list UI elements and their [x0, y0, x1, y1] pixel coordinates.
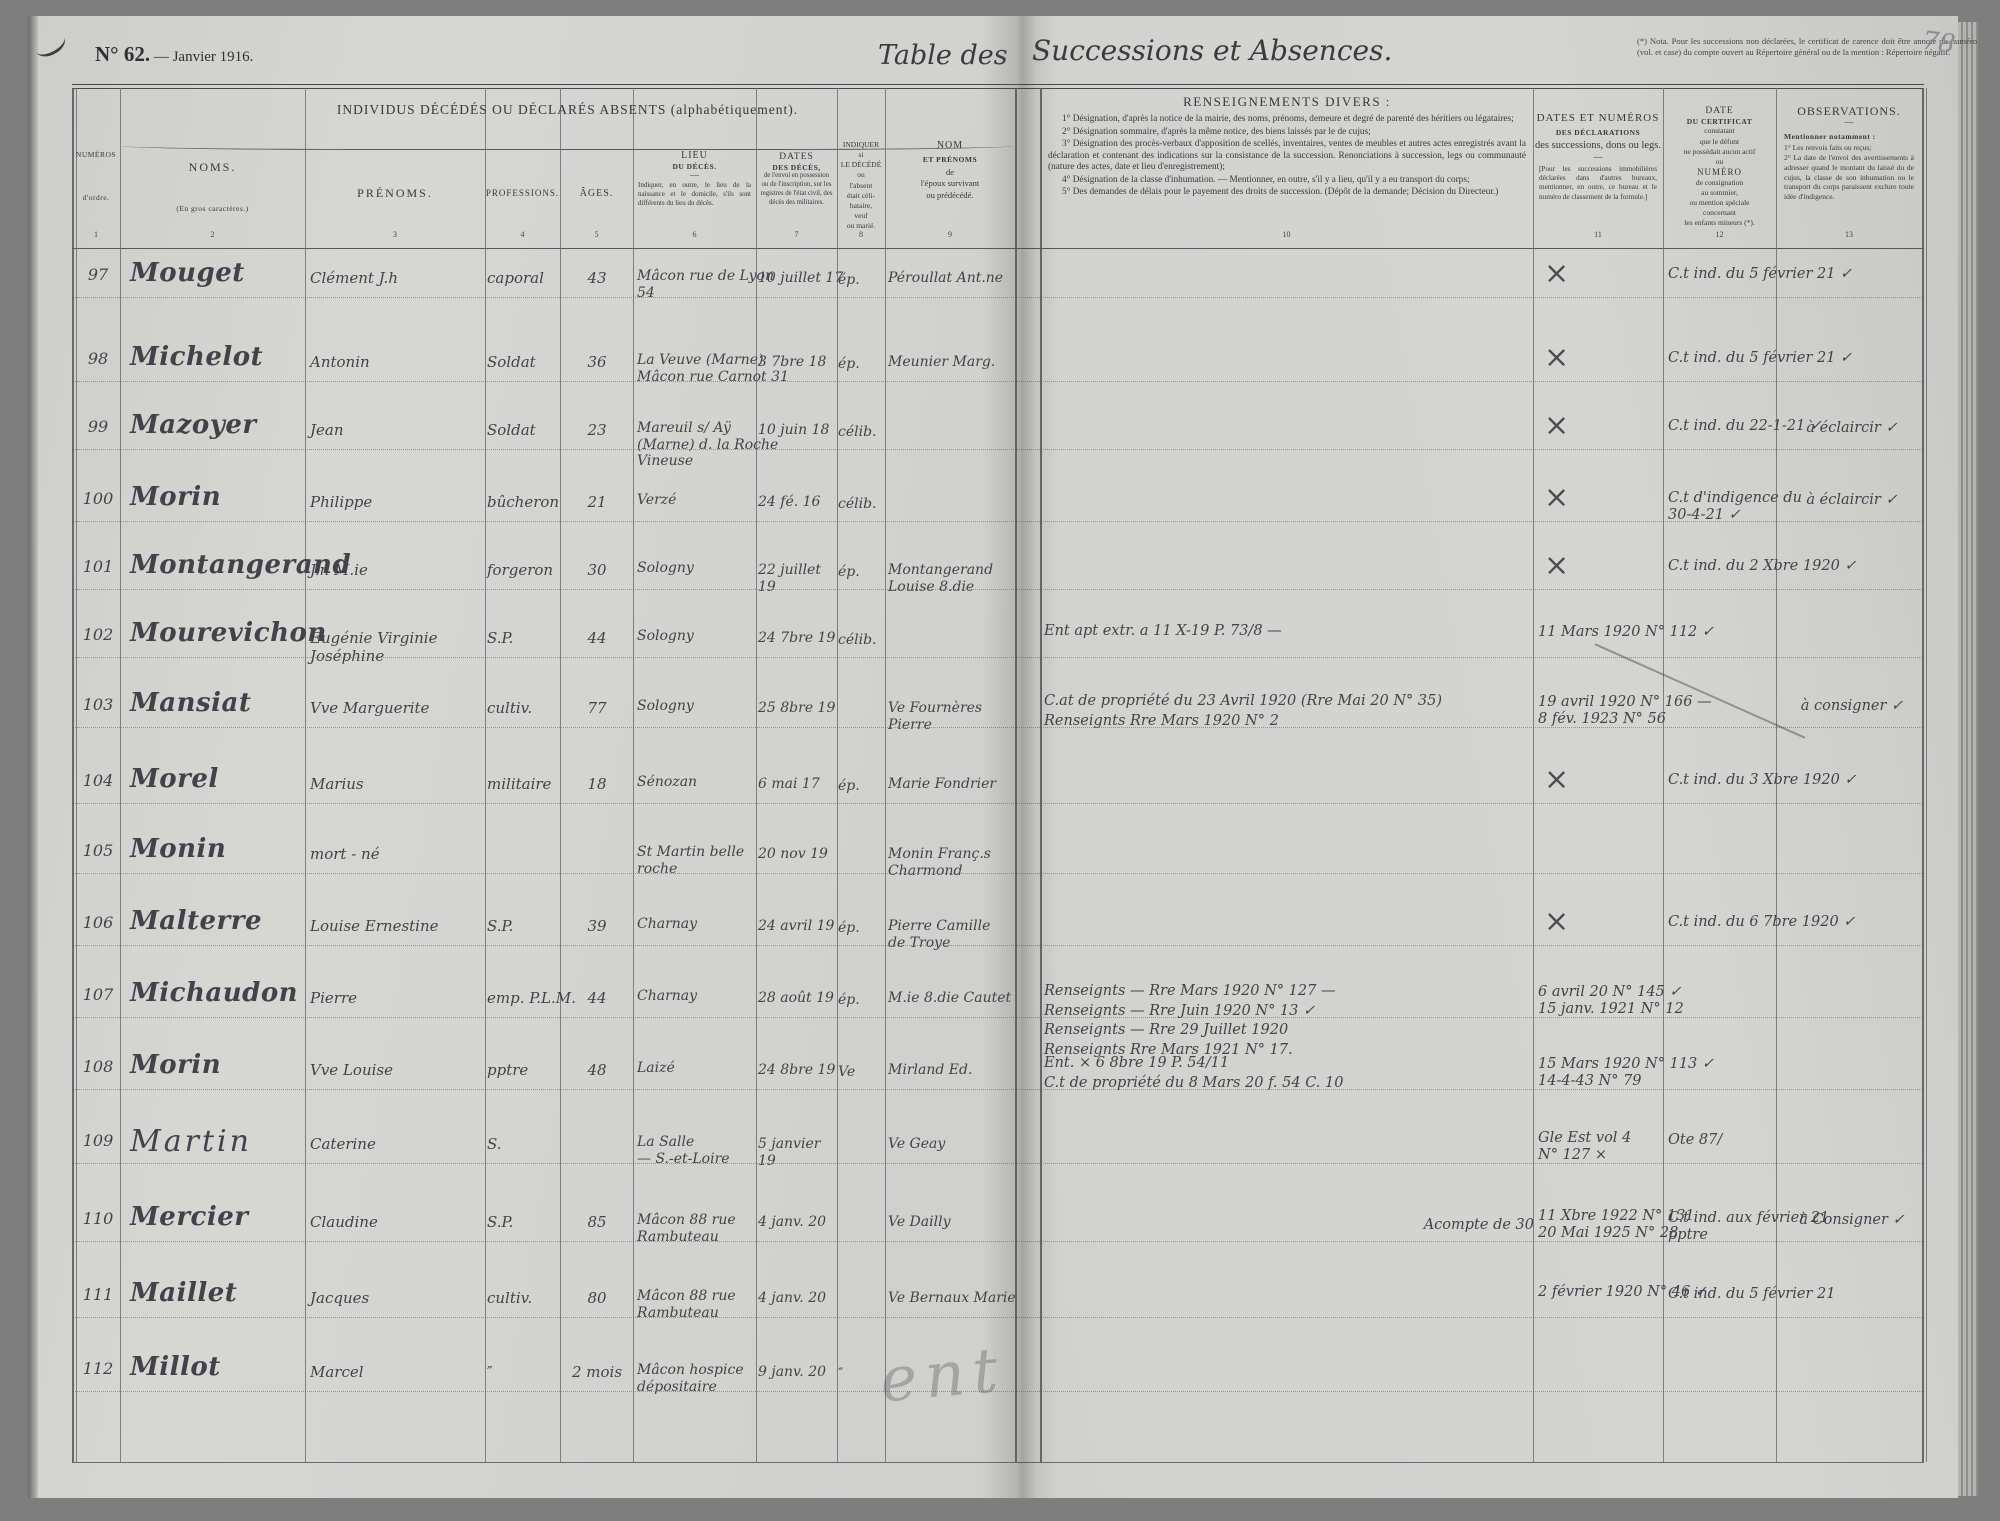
age: 80 [562, 1290, 632, 1308]
certificate-note: C.t ind. du 5 février 21 ✓ [1668, 266, 1838, 283]
given-names: Jean [310, 422, 490, 440]
page-stack-edge [1958, 22, 1978, 1496]
rens-item-3: 3° Désignation des procès-verbaux d'appo… [1048, 139, 1526, 174]
observation-note: à éclaircir ✓ [1782, 492, 1922, 509]
row-order-number: 111 [76, 1286, 120, 1305]
date-of-death: 9 janv. 20 [758, 1364, 838, 1381]
spouse-name: Ve Fournères Pierre [888, 700, 1018, 733]
date-of-death: 24 7bre 19 [758, 630, 838, 647]
surname: Malterre [130, 906, 315, 937]
row-order-number: 101 [76, 558, 120, 577]
date-of-death: 24 8bre 19 [758, 1062, 838, 1079]
col-header-observations: OBSERVATIONS. — Mentionner notamment : 1… [1776, 104, 1922, 202]
profession: militaire [487, 776, 562, 794]
col-title: PROFESSIONS. [485, 188, 560, 199]
header-bottom-rule [72, 248, 1924, 249]
col-note-item1: 1° Les renvois faits ou reçus; [1784, 143, 1914, 153]
profession: caporal [487, 270, 562, 288]
col-number: 2 [120, 230, 305, 239]
given-names: Eugénie Virginie Joséphine [310, 630, 490, 665]
surname: Mouget [130, 258, 315, 289]
row-order-number: 102 [76, 626, 120, 645]
surname: Morin [130, 482, 315, 513]
certificate-note: C.t ind. du 5 février 21 [1668, 1286, 1838, 1303]
certificate-note: C.t ind. du 5 février 21 ✓ [1668, 350, 1838, 367]
marital-status: célib. [838, 424, 886, 441]
date-of-death: 5 janvier 19 [758, 1136, 838, 1169]
place-of-death: Sologny [637, 628, 762, 645]
col-title: LIEU [633, 150, 756, 162]
marital-status: Ve [838, 1064, 886, 1081]
age: 39 [562, 918, 632, 936]
date-of-death: 24 fé. 16 [758, 494, 838, 511]
col-header-prenoms: PRÉNOMS. [305, 186, 485, 200]
col-header-renseignements: RENSEIGNEMENTS DIVERS : 1° Désignation, … [1048, 94, 1526, 200]
col-number: 5 [560, 230, 633, 239]
declaration-dates: 11 Mars 1920 N° 112 ✓ [1538, 624, 1698, 641]
spouse-name: Montangerand Louise 8.die [888, 562, 1018, 595]
given-names: Marcel [310, 1364, 490, 1382]
row-order-number: 105 [76, 842, 120, 861]
surname: Maillet [130, 1278, 315, 1309]
row-order-number: 109 [76, 1132, 120, 1151]
table-row: 104 Morel Marius militaire 18 Sénozan 6 … [72, 756, 1922, 826]
register-number-bold: N° 62. [95, 42, 150, 66]
table-row: 109 Martin Caterine S. La Salle — S.-et-… [72, 1116, 1922, 1194]
renseignements: C.at de propriété du 23 Avril 1920 (Rre … [1044, 692, 1534, 731]
profession: S.P. [487, 630, 562, 648]
profession: forgeron [487, 562, 562, 580]
spouse-name: M.ie 8.die Cautet [888, 990, 1018, 1007]
col-number: 12 [1663, 230, 1776, 239]
col-header-numeros: NUMÉROS d'ordre. [72, 150, 120, 202]
given-names: Jacques [310, 1290, 490, 1308]
given-names: Vve Louise [310, 1062, 490, 1080]
age: 44 [562, 990, 632, 1008]
col-header-ages: ÂGES. [560, 188, 633, 200]
certificate-note: C.t ind. du 3 Xbre 1920 ✓ [1668, 772, 1838, 789]
spouse-name: Monin Franç.s Charmond [888, 846, 1018, 879]
place-of-death: Mâcon rue de Lyon 54 [637, 268, 762, 301]
row-order-number: 110 [76, 1210, 120, 1229]
col-note-item2: 2° La date de l'envoi des avertissements… [1784, 153, 1914, 202]
age: 2 mois [562, 1364, 632, 1382]
profession: cultiv. [487, 1290, 562, 1308]
col-number: 8 [837, 230, 885, 239]
table-row: 106 Malterre Louise Ernestine S.P. 39 Ch… [72, 898, 1922, 970]
spouse-name: Péroullat Ant.ne [888, 270, 1018, 287]
col-title: DATES [756, 152, 837, 163]
table-bottom-rule [72, 1462, 1924, 1463]
col-title: DATES ET NUMÉROS [1533, 112, 1663, 125]
date-of-death: 20 nov 19 [758, 846, 838, 863]
left-group-header: INDIVIDUS DÉCÉDÉS OU DÉCLARÉS ABSENTS (a… [120, 102, 1015, 118]
table-row: 102 Mourevichon Eugénie Virginie Joséphi… [72, 610, 1922, 680]
row-order-number: 108 [76, 1058, 120, 1077]
col-header-professions: PROFESSIONS. [485, 188, 560, 199]
table-row: 97 Mouget Clément J.h caporal 43 Mâcon r… [72, 250, 1922, 334]
age: 21 [562, 494, 632, 512]
grid-line [1922, 88, 1924, 1462]
profession: bûcheron [487, 494, 562, 512]
pencil-scrawl: ent [877, 1333, 1008, 1417]
rens-item-2: 2° Désignation sommaire, d'après la même… [1048, 127, 1526, 139]
col-number: 6 [633, 230, 756, 239]
place-of-death: Laizé [637, 1060, 762, 1077]
col-subtitle: DU CERTIFICAT [1663, 117, 1776, 126]
col-title: NUMÉROS [72, 150, 120, 159]
given-names: Pierre [310, 990, 490, 1008]
binding-left-edge [28, 16, 38, 1498]
age: 23 [562, 422, 632, 440]
place-of-death: Sologny [637, 698, 762, 715]
spouse-name: Ve Dailly [888, 1214, 1018, 1231]
certificate-note: C.t ind. du 6 7bre 1920 ✓ [1668, 914, 1838, 931]
surname: Montangerand [130, 550, 315, 581]
marital-status: célib. [838, 496, 886, 513]
surname: Mercier [130, 1202, 315, 1233]
col-header-etat-civil: INDIQUER si LE DÉCÉDÉ ou l'absent était … [837, 140, 885, 231]
col-note: [Pour les successions immobilières décla… [1533, 163, 1663, 202]
date-of-death: 3 7bre 18 [758, 354, 838, 371]
given-names: mort - né [310, 846, 490, 864]
surname: Mansiat [130, 688, 315, 719]
age: 48 [562, 1062, 632, 1080]
renseignements: Ent. × 6 8bre 19 P. 54/11 C.t de proprié… [1044, 1054, 1534, 1093]
given-names: Antonin [310, 354, 490, 372]
row-order-number: 98 [76, 350, 120, 369]
date-of-death: 28 août 19 [758, 990, 838, 1007]
col-number: 13 [1776, 230, 1922, 239]
spouse-name: Mirland Ed. [888, 1062, 1018, 1079]
col-subtitle: ET PRÉNOMS [885, 155, 1015, 164]
register-number-rest: — Janvier 1916. [150, 49, 253, 65]
col-header-dates-numeros: DATES ET NUMÉROS DES DÉCLARATIONS des su… [1533, 112, 1663, 202]
place-of-death: Mâcon hospice dépositaire [637, 1362, 762, 1395]
rens-item-5: 5° Des demandes de délais pour le payeme… [1048, 187, 1526, 199]
marital-status: ép. [838, 272, 886, 289]
profession: S.P. [487, 918, 562, 936]
row-order-number: 99 [76, 418, 120, 437]
marital-status: ép. [838, 992, 886, 1009]
surname: Millot [130, 1352, 315, 1383]
given-names: Clément J.h [310, 270, 490, 288]
col-header-dates: DATES DES DÉCÈS, de l'envoi en possessio… [756, 152, 837, 208]
col-title: DATE [1663, 106, 1776, 117]
table-row: 108 Morin Vve Louise pptre 48 Laizé 24 8… [72, 1042, 1922, 1116]
profession: cultiv. [487, 700, 562, 718]
dash: — [1533, 153, 1663, 163]
page-title-right: Successions et Absences. [1032, 34, 1392, 67]
place-of-death: Sénozan [637, 774, 762, 791]
row-order-number: 103 [76, 696, 120, 715]
profession: pptre [487, 1062, 562, 1080]
register-rows: 97 Mouget Clément J.h caporal 43 Mâcon r… [72, 250, 1922, 1462]
profession: ″ [487, 1364, 562, 1382]
surname: Morin [130, 1050, 315, 1081]
col-note: de l'époux survivant ou prédécédé. [885, 167, 1015, 201]
spouse-name: Pierre Camille de Troye [888, 918, 1018, 951]
date-of-death: 4 janv. 20 [758, 1214, 838, 1231]
row-order-number: 112 [76, 1360, 120, 1379]
date-of-death: 4 janv. 20 [758, 1290, 838, 1307]
marital-status: célib. [838, 632, 886, 649]
row-order-number: 104 [76, 772, 120, 791]
col-subtitle: (En gros caractères.) [120, 204, 305, 213]
given-names: Philippe [310, 494, 490, 512]
col-number: 10 [1040, 230, 1533, 239]
surname: Michelot [130, 342, 315, 373]
col-subtitle2: NUMÉRO [1663, 167, 1776, 178]
col-title: OBSERVATIONS. [1776, 104, 1922, 118]
col-note: Indiquer, en outre, le lieu de la naissa… [633, 181, 756, 208]
col-subtitle: d'ordre. [72, 193, 120, 202]
place-of-death: La Salle — S.-et-Loire [637, 1134, 762, 1167]
profession: S.P. [487, 1214, 562, 1232]
dash: — [1776, 118, 1922, 128]
place-of-death: Verzé [637, 492, 762, 509]
col-title: RENSEIGNEMENTS DIVERS : [1048, 94, 1526, 110]
profession: Soldat [487, 422, 562, 440]
age: 77 [562, 700, 632, 718]
profession: emp. P.L.M. [487, 990, 562, 1008]
given-names: Marius [310, 776, 490, 794]
col-note: constatant que le défunt ne possédait au… [1663, 126, 1776, 167]
profession: Soldat [487, 354, 562, 372]
age: 43 [562, 270, 632, 288]
observation-note: à éclaircir ✓ [1782, 420, 1922, 437]
date-of-death: 10 juin 18 [758, 422, 838, 439]
register-number: N° 62. — Janvier 1916. [95, 42, 253, 67]
row-order-number: 107 [76, 986, 120, 1005]
col-header-certificat: DATE DU CERTIFICAT constatant que le déf… [1663, 106, 1776, 228]
page-title-left: Table des [878, 40, 1008, 71]
col-note-head: Mentionner notamment : [1784, 132, 1914, 141]
col-subtitle2: des successions, dons ou legs. [1533, 140, 1663, 153]
surname: Michaudon [130, 978, 315, 1009]
date-of-death: 24 avril 19 [758, 918, 838, 935]
date-of-death: 25 8bre 19 [758, 700, 838, 717]
col-title: NOMS. [120, 160, 305, 174]
age: 30 [562, 562, 632, 580]
surname: Monin [130, 834, 315, 865]
table-row: 99 Mazoyer Jean Soldat 23 Mareuil s/ Aÿ … [72, 402, 1922, 474]
surname: Morel [130, 764, 315, 795]
col-subtitle: DES DÉCÈS, [756, 163, 837, 172]
table-row: 107 Michaudon Pierre emp. P.L.M. 44 Char… [72, 970, 1922, 1042]
declaration-dates: 15 Mars 1920 N° 113 ✓ 14-4-43 N° 79 [1538, 1056, 1698, 1090]
col-title: NOM [885, 140, 1015, 152]
folio-number: 78 [1920, 26, 1957, 60]
col-subtitle: DES DÉCLARATIONS [1533, 128, 1663, 137]
col-number: 7 [756, 230, 837, 239]
age: 44 [562, 630, 632, 648]
observation-note: à Consigner ✓ [1782, 1212, 1922, 1229]
row-order-number: 100 [76, 490, 120, 509]
col-note: de l'envoi en possession ou de l'inscrip… [756, 172, 837, 207]
dash: — [633, 171, 756, 181]
date-of-death: 22 juillet 19 [758, 562, 838, 595]
col-note: INDIQUER si LE DÉCÉDÉ ou l'absent était … [837, 140, 885, 231]
place-of-death: Mareuil s/ Aÿ (Marne) d. la Roche Vineus… [637, 420, 762, 470]
age: 18 [562, 776, 632, 794]
col-header-lieu: LIEU DU DÉCÈS. — Indiquer, en outre, le … [633, 150, 756, 208]
place-of-death: La Veuve (Marne) Mâcon rue Carnot 31 [637, 352, 762, 385]
surname: Martin [130, 1124, 315, 1159]
age: 36 [562, 354, 632, 372]
col-title: PRÉNOMS. [305, 186, 485, 200]
place-of-death: Charnay [637, 916, 762, 933]
col-number: 4 [485, 230, 560, 239]
given-names: Vve Marguerite [310, 700, 490, 718]
date-of-death: 6 mai 17 [758, 776, 838, 793]
marital-status: ép. [838, 778, 886, 795]
row-order-number: 97 [76, 266, 120, 285]
observation-note: à consigner ✓ [1782, 698, 1922, 715]
col-header-noms: NOMS. (En gros caractères.) [120, 160, 305, 213]
given-names: Claudine [310, 1214, 490, 1232]
surname: Mourevichon [130, 618, 315, 649]
renseignements: Ent apt extr. a 11 X-19 P. 73/8 — [1044, 622, 1534, 642]
declaration-dates: 6 avril 20 N° 145 ✓ 15 janv. 1921 N° 12 [1538, 984, 1698, 1018]
renseignements: Acompte de 30 [1044, 1216, 1538, 1236]
place-of-death: Mâcon 88 rue Rambuteau [637, 1212, 762, 1245]
grid-line [1926, 88, 1927, 1462]
spouse-name: Marie Fondrier [888, 776, 1018, 793]
place-of-death: Charnay [637, 988, 762, 1005]
declaration-dates: 19 avril 1920 N° 166 — 8 fév. 1923 N° 56 [1538, 694, 1698, 728]
age: 85 [562, 1214, 632, 1232]
col-note2: de consignation au sommier, ou mention s… [1663, 178, 1776, 229]
col-number: 3 [305, 230, 485, 239]
spouse-name: Ve Geay [888, 1136, 1018, 1153]
place-of-death: Mâcon 88 rue Rambuteau [637, 1288, 762, 1321]
col-number: 11 [1533, 230, 1663, 239]
surname: Mazoyer [130, 410, 315, 441]
rens-item-1: 1° Désignation, d'après la notice de la … [1048, 114, 1526, 126]
spouse-name: Meunier Marg. [888, 354, 1018, 371]
table-row: 105 Monin mort - né St Martin belle roch… [72, 826, 1922, 898]
table-row: 103 Mansiat Vve Marguerite cultiv. 77 So… [72, 680, 1922, 756]
col-number: 9 [885, 230, 1015, 239]
given-names: J.n M.ie [310, 562, 490, 580]
profession: S. [487, 1136, 562, 1154]
marital-status: ép. [838, 564, 886, 581]
given-names: Caterine [310, 1136, 490, 1154]
table-row: 101 Montangerand J.n M.ie forgeron 30 So… [72, 542, 1922, 610]
table-row: 98 Michelot Antonin Soldat 36 La Veuve (… [72, 334, 1922, 402]
rens-item-4: 4° Désignation de la classe d'inhumation… [1048, 175, 1526, 187]
col-header-epoux: NOM ET PRÉNOMS de l'époux survivant ou p… [885, 140, 1015, 201]
place-of-death: St Martin belle roche [637, 844, 762, 877]
certificate-note: Ote 87/ [1668, 1132, 1838, 1149]
marital-status: ép. [838, 920, 886, 937]
marital-status: ép. [838, 356, 886, 373]
table-row: 100 Morin Philippe bûcheron 21 Verzé 24 … [72, 474, 1922, 542]
date-of-death: 10 juillet 17 [758, 270, 838, 287]
table-top-rule [72, 84, 1924, 89]
place-of-death: Sologny [637, 560, 762, 577]
spouse-name: Ve Bernaux Marie [888, 1290, 1018, 1307]
col-number: 1 [72, 230, 120, 239]
given-names: Louise Ernestine [310, 918, 490, 936]
row-order-number: 106 [76, 914, 120, 933]
certificate-note: C.t ind. du 2 Xbre 1920 ✓ [1668, 558, 1838, 575]
table-row: 110 Mercier Claudine S.P. 85 Mâcon 88 ru… [72, 1194, 1922, 1270]
col-title: ÂGES. [560, 188, 633, 200]
